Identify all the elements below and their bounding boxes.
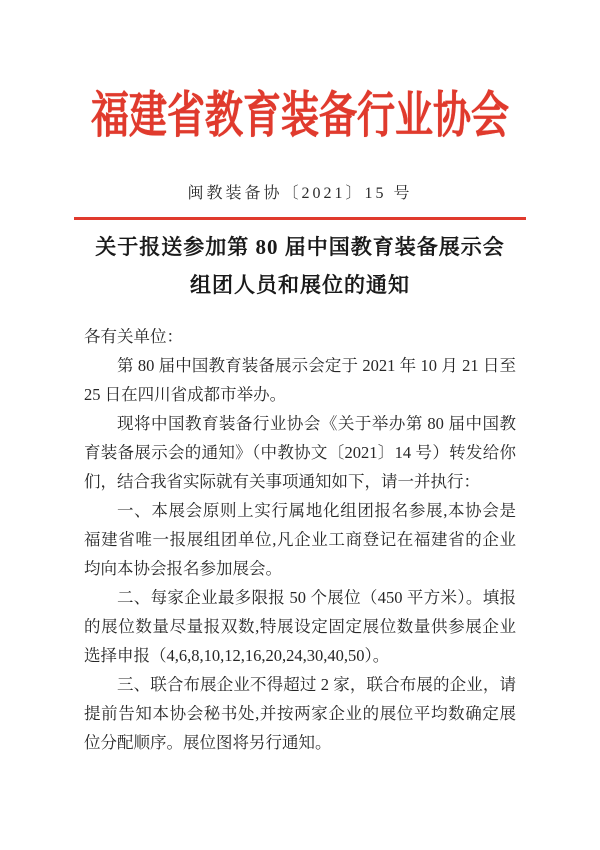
org-title: 福建省教育装备行业协会 (91, 74, 509, 146)
paragraph-item-3: 三、联合布展企业不得超过 2 家，联合布展的企业，请提前告知本协会秘书处,并按两… (84, 670, 516, 757)
paragraph-item-1: 一、本展会原则上实行属地化组团报名参展,本协会是福建省唯一报展组团单位,凡企业工… (84, 496, 516, 583)
letterhead: 福建省教育装备行业协会 (0, 80, 600, 140)
doc-number: 闽教装备协〔2021〕15 号 (0, 184, 600, 204)
paragraph-forwarding-notice: 现将中国教育装备行业协会《关于举办第 80 届中国教育装备展示会的通知》（中教协… (84, 409, 516, 496)
doc-title-line2: 组团人员和展位的通知 (0, 266, 600, 304)
paragraph-item-2: 二、每家企业最多限报 50 个展位（450 平方米）。填报的展位数量尽量报双数,… (84, 583, 516, 670)
document-page: 福建省教育装备行业协会 闽教装备协〔2021〕15 号 关于报送参加第 80 届… (0, 0, 600, 850)
salutation: 各有关单位： (84, 322, 516, 351)
doc-title: 关于报送参加第 80 届中国教育装备展示会 组团人员和展位的通知 (0, 228, 600, 304)
doc-title-line1: 关于报送参加第 80 届中国教育装备展示会 (0, 228, 600, 266)
red-divider (74, 217, 526, 220)
doc-body: 各有关单位： 第 80 届中国教育装备展示会定于 2021 年 10 月 21 … (84, 322, 516, 757)
paragraph-intro-date: 第 80 届中国教育装备展示会定于 2021 年 10 月 21 日至 25 日… (84, 351, 516, 409)
